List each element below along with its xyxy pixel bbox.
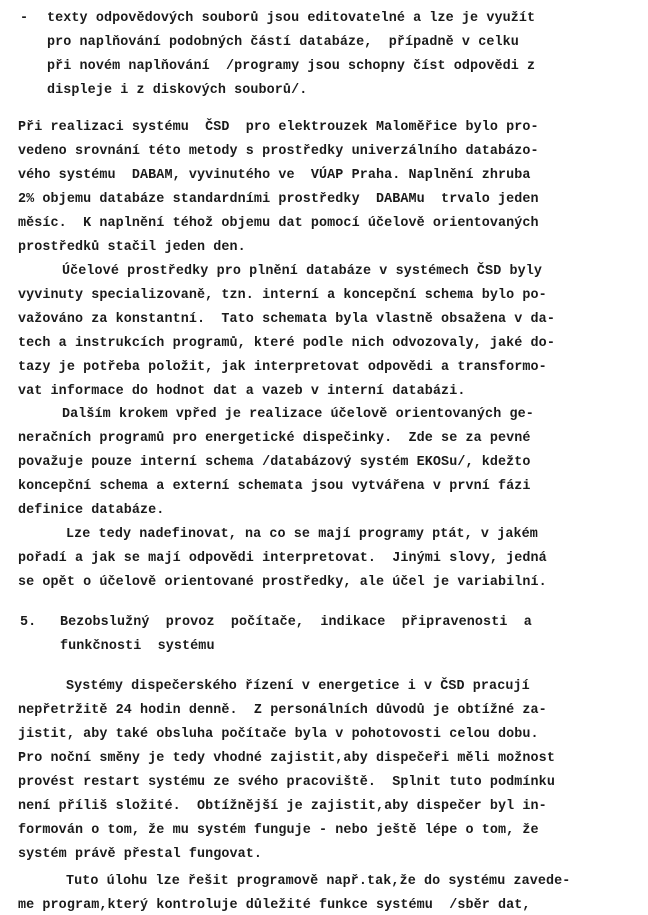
paragraph-line: Tuto úlohu lze řešit programově např.tak… [66, 871, 570, 893]
paragraph-line: měsíc. K naplnění téhož objemu dat pomoc… [18, 213, 539, 235]
paragraph-line: jistit, aby také obsluha počítače byla v… [18, 724, 539, 746]
bullet-line: pro naplňování podobných částí databáze,… [47, 32, 519, 54]
paragraph-line: neračních programů pro energetické dispe… [18, 428, 531, 450]
paragraph-line: vedeno srovnání této metody s prostředky… [18, 141, 539, 163]
paragraph-line: formován o tom, že mu systém funguje - n… [18, 820, 539, 842]
paragraph-line: Účelové prostředky pro plnění databáze v… [62, 261, 542, 283]
paragraph-line: systém právě přestal fungovat. [18, 844, 262, 866]
paragraph-line: Při realizaci systému ČSD pro elektrouze… [18, 117, 539, 139]
paragraph-line: provést restart systému ze svého pracovi… [18, 772, 555, 794]
bullet-marker: - [20, 8, 28, 30]
paragraph-line: tech a instrukcích programů, které podle… [18, 333, 555, 355]
bullet-line: texty odpovědových souborů jsou editovat… [47, 8, 535, 30]
paragraph-line: važováno za konstantní. Tato schemata by… [18, 309, 555, 331]
paragraph-line: považuje pouze interní schema /databázov… [18, 452, 531, 474]
paragraph-line: Pro noční směny je tedy vhodné zajistit,… [18, 748, 555, 770]
paragraph-line: Dalším krokem vpřed je realizace účelově… [62, 404, 534, 426]
bullet-line: displeje i z diskových souborů/. [47, 80, 307, 102]
paragraph-line: nepřetržitě 24 hodin denně. Z personální… [18, 700, 547, 722]
section-title: funkčnosti systému [60, 636, 215, 658]
paragraph-line: definice databáze. [18, 500, 164, 522]
paragraph-line: Lze tedy nadefinovat, na co se mají prog… [66, 524, 538, 546]
paragraph-line: me program,který kontroluje důležité fun… [18, 895, 531, 915]
paragraph-line: není příliš složité. Obtížnější je zajis… [18, 796, 547, 818]
paragraph-line: se opět o účelově orientované prostředky… [18, 572, 547, 594]
paragraph-line: koncepční schema a externí schemata jsou… [18, 476, 531, 498]
paragraph-line: vat informace do hodnot dat a vazeb v in… [18, 381, 465, 403]
typewritten-page: - texty odpovědových souborů jsou editov… [0, 0, 648, 915]
paragraph-line: pořadí a jak se mají odpovědi interpreto… [18, 548, 547, 570]
paragraph-line: prostředků stačil jeden den. [18, 237, 246, 259]
bullet-line: při novém naplňování /programy jsou scho… [47, 56, 535, 78]
paragraph-line: tazy je potřeba položit, jak interpretov… [18, 357, 547, 379]
section-number: 5. [20, 612, 36, 634]
paragraph-line: vyvinuty specializovaně, tzn. interní a … [18, 285, 547, 307]
paragraph-line: Systémy dispečerského řízení v energetic… [66, 676, 530, 698]
paragraph-line: vého systému DABAM, vyvinutého ve VÚAP P… [18, 165, 531, 187]
paragraph-line: 2% objemu databáze standardními prostřed… [18, 189, 539, 211]
section-title: Bezobslužný provoz počítače, indikace př… [60, 612, 532, 634]
